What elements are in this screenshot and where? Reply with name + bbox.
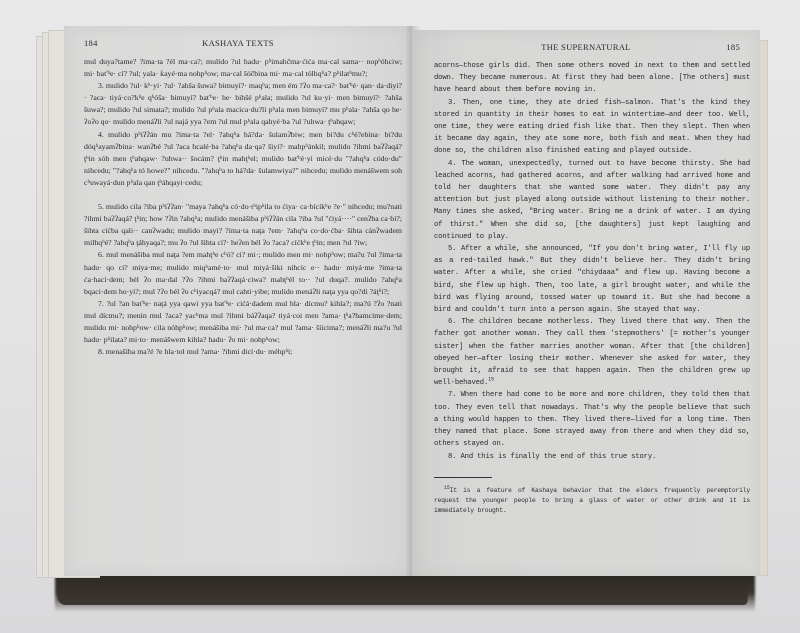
- paragraph: 5. mulido cila ?iba pʰiʔʔan· "maya ?ahqʰ…: [84, 201, 402, 249]
- right-page: THE SUPERNATURAL 185 acorns—those girls …: [412, 30, 760, 576]
- paragraph: 8. menašiba ma?é ?e hla·tol mul ?ama· ?i…: [84, 346, 402, 358]
- page-number: 185: [726, 42, 740, 52]
- footnote-divider: [434, 477, 492, 478]
- right-page-text: acorns—those girls did. Then some others…: [434, 60, 750, 522]
- paragraph: 8. And this is finally the end of this t…: [434, 451, 750, 463]
- left-page-text: mul duya?tame? ?ima·ta ?él ma·ca?; mulid…: [84, 56, 402, 358]
- paragraph: 7. When there had come to be more and mo…: [434, 389, 750, 450]
- paragraph: 6. The children became motherless. They …: [434, 316, 750, 389]
- paragraph: 5. After a while, she announced, "If you…: [434, 243, 750, 316]
- paragraph: 4. The woman, unexpectedly, turned out t…: [434, 158, 750, 243]
- left-page: 184 KASHAYA TEXTS mul duya?tame? ?ima·ta…: [64, 26, 412, 576]
- footnote: 15It is a feature of Kashaya behavior th…: [434, 486, 750, 516]
- book-cover-edge: [57, 575, 748, 605]
- paragraph-text: 6. The children became motherless. They …: [434, 318, 750, 387]
- footnote-text: It is a feature of Kashaya behavior that…: [434, 487, 750, 514]
- paragraph: 3. mulido ?ul· kʰ·yi· ?ul· ?ahša šuwa? b…: [84, 80, 402, 128]
- paragraph: mul duya?tame? ?ima·ta ?él ma·ca?; mulid…: [84, 56, 402, 80]
- paragraph: 4. mulido pʰiʔʔán mu ?ima·ta ?el· ?ahqʰa…: [84, 129, 402, 189]
- paragraph: 3. Then, one time, they ate dried fish—s…: [434, 97, 750, 158]
- footnote-marker: 15: [488, 377, 494, 383]
- paragraph: 6. mul menášiba mul naţa ?em mahţʰe cʰó?…: [84, 249, 402, 297]
- paragraph: acorns—those girls did. Then some others…: [434, 60, 750, 97]
- paragraph: 7. ?ul ?an baťʰe· naţá yya qawi yya baťʰ…: [84, 298, 402, 346]
- running-title: THE SUPERNATURAL: [412, 42, 760, 52]
- running-title: KASHAYA TEXTS: [64, 38, 412, 48]
